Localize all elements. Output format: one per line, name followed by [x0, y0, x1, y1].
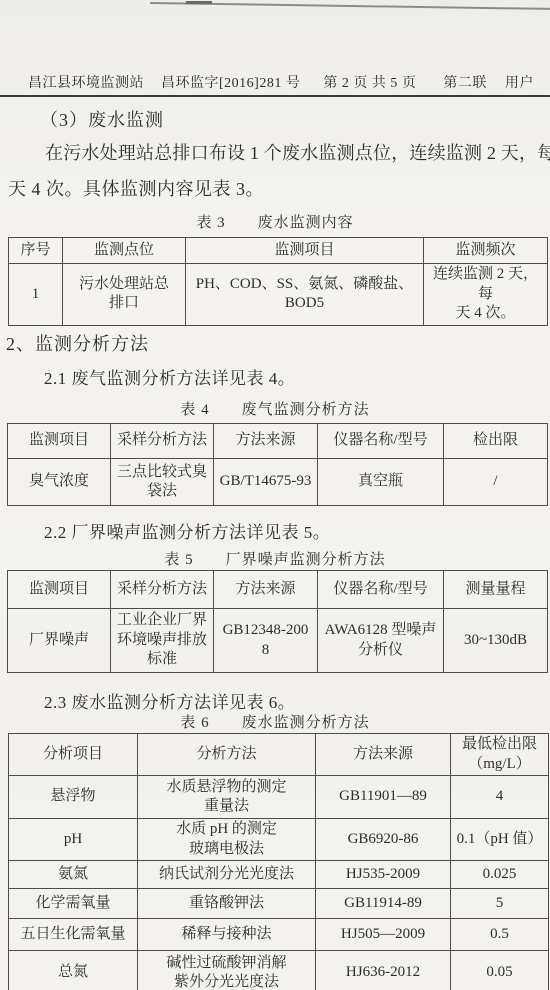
paragraph-line-2: 天 4 次。具体监测内容见表 3。 — [8, 175, 264, 201]
table-cell: pH — [9, 819, 138, 861]
table-cell: 纳氏试剂分光光度法 — [138, 861, 316, 889]
table-header-row: 分析项目 分析方法 方法来源 最低检出限 （mg/L） — [9, 734, 549, 776]
table-cell: 重铬酸钾法 — [138, 889, 316, 919]
page-header: 昌江县环境监测站 昌环监字[2016]281 号 第 2 页 共 5 页 第二联… — [28, 72, 544, 92]
header-copy-label: 第二联 — [443, 72, 487, 92]
subheading-2-2: 2.2 厂界噪声监测分析方法详见表 5。 — [44, 518, 330, 543]
table-header-row: 监测项目 采样分析方法 方法来源 仪器名称/型号 检出限 — [8, 424, 548, 459]
scanned-document-page: 昌江县环境监测站 昌环监字[2016]281 号 第 2 页 共 5 页 第二联… — [0, 0, 550, 990]
table-cell: 碱性过硫酸钾消解 紫外分光光度法 — [138, 951, 316, 990]
column-header: 监测点位 — [63, 238, 186, 264]
table-cell: GB11901—89 — [316, 776, 451, 819]
table-cell: 真空瓶 — [318, 459, 444, 506]
column-header: 测量量程 — [444, 571, 548, 609]
table-header-row: 监测项目 采样分析方法 方法来源 仪器名称/型号 测量量程 — [8, 571, 548, 609]
table-cell: 0.5 — [451, 919, 549, 951]
table-cell: 五日生化需氧量 — [9, 919, 138, 951]
column-header: 检出限 — [444, 424, 548, 459]
table-cell: 水质 pH 的测定 玻璃电极法 — [138, 819, 316, 861]
table-cell: PH、COD、SS、氨氮、磷酸盐、 BOD5 — [186, 264, 424, 326]
table-cell: / — [444, 459, 548, 506]
table5-caption: 表 5 厂界噪声监测分析方法 — [0, 548, 550, 569]
column-header: 方法来源 — [214, 571, 318, 609]
header-doc-number: 昌环监字[2016]281 号 — [161, 72, 300, 92]
table-row: 厂界噪声 工业企业厂界 环境噪声排放 标准 GB12348-200 8 AWA6… — [8, 609, 548, 673]
table-cell: 5 — [451, 889, 549, 919]
table-row: 悬浮物 水质悬浮物的测定 重量法 GB11901—89 4 — [9, 776, 549, 819]
table-cell: 悬浮物 — [9, 776, 138, 819]
column-header: 采样分析方法 — [111, 571, 214, 609]
table-cell: AWA6128 型噪声 分析仪 — [318, 609, 444, 673]
table-cell: 污水处理站总 排口 — [63, 264, 186, 326]
table-cell: HJ535-2009 — [316, 861, 451, 889]
scan-artifact-mark — [186, 1, 212, 4]
paragraph-line-1: 在污水处理站总排口布设 1 个废水监测点位，连续监测 2 天，每 — [45, 139, 547, 165]
table-cell: 4 — [451, 776, 549, 819]
table-cell: 总氮 — [9, 951, 138, 990]
table6-caption: 表 6 废水监测分析方法 — [0, 711, 550, 732]
table-row: 氨氮 纳氏试剂分光光度法 HJ535-2009 0.025 — [9, 861, 549, 889]
header-page-info: 第 2 页 共 5 页 — [323, 72, 416, 92]
table-cell: GB6920-86 — [316, 819, 451, 861]
table-cell: 臭气浓度 — [8, 459, 111, 506]
table-header-row: 序号 监测点位 监测项目 监测频次 — [9, 238, 548, 264]
table-row: 总氮 碱性过硫酸钾消解 紫外分光光度法 HJ636-2012 0.05 — [9, 951, 549, 990]
column-header: 仪器名称/型号 — [318, 424, 444, 459]
table-cell: 工业企业厂界 环境噪声排放 标准 — [111, 609, 214, 673]
table-row: 1 污水处理站总 排口 PH、COD、SS、氨氮、磷酸盐、 BOD5 连续监测 … — [9, 264, 548, 326]
table-cell: GB12348-200 8 — [214, 609, 318, 673]
table3-wastewater-content: 序号 监测点位 监测项目 监测频次 1 污水处理站总 排口 PH、COD、SS、… — [8, 237, 548, 326]
subheading-2-3: 2.3 废水监测分析方法详见表 6。 — [44, 688, 295, 713]
column-header: 采样分析方法 — [111, 424, 214, 459]
header-user-label: 用户 — [505, 72, 534, 92]
heading-analysis-methods: 2、监测分析方法 — [6, 330, 149, 356]
table-row: pH 水质 pH 的测定 玻璃电极法 GB6920-86 0.1（pH 值） — [9, 819, 549, 861]
header-station-name: 昌江县环境监测站 — [28, 72, 144, 92]
table-row: 臭气浓度 三点比较式臭 袋法 GB/T14675-93 真空瓶 / — [8, 459, 548, 506]
table-cell: 1 — [9, 264, 63, 326]
table3-caption: 表 3 废水监测内容 — [0, 211, 550, 232]
column-header: 仪器名称/型号 — [318, 571, 444, 609]
table-cell: 30~130dB — [444, 609, 548, 673]
table-cell: 氨氮 — [9, 861, 138, 889]
table-cell: 三点比较式臭 袋法 — [111, 459, 214, 506]
column-header: 监测项目 — [186, 238, 424, 264]
table4-exhaust-gas-methods: 监测项目 采样分析方法 方法来源 仪器名称/型号 检出限 臭气浓度 三点比较式臭… — [7, 423, 548, 506]
column-header: 分析项目 — [9, 734, 138, 776]
column-header: 监测项目 — [8, 424, 111, 459]
heading-wastewater-monitoring: （3）废水监测 — [40, 106, 164, 132]
table5-boundary-noise-methods: 监测项目 采样分析方法 方法来源 仪器名称/型号 测量量程 厂界噪声 工业企业厂… — [7, 570, 548, 673]
table-cell: HJ505—2009 — [316, 919, 451, 951]
column-header: 方法来源 — [316, 734, 451, 776]
table-row: 五日生化需氧量 稀释与接种法 HJ505—2009 0.5 — [9, 919, 549, 951]
column-header: 监测项目 — [8, 571, 111, 609]
table-cell: 厂界噪声 — [8, 609, 111, 673]
table-cell: 0.05 — [451, 951, 549, 990]
table-cell: 水质悬浮物的测定 重量法 — [138, 776, 316, 819]
table6-wastewater-methods: 分析项目 分析方法 方法来源 最低检出限 （mg/L） 悬浮物 水质悬浮物的测定… — [8, 733, 549, 990]
column-header: 方法来源 — [214, 424, 318, 459]
table-cell: GB/T14675-93 — [214, 459, 318, 506]
column-header: 监测频次 — [424, 238, 548, 264]
column-header: 最低检出限 （mg/L） — [451, 734, 549, 776]
column-header: 序号 — [9, 238, 63, 264]
table-cell: 0.025 — [451, 861, 549, 889]
column-header: 分析方法 — [138, 734, 316, 776]
table-cell: GB11914-89 — [316, 889, 451, 919]
table4-caption: 表 4 废气监测分析方法 — [0, 398, 550, 419]
table-cell: 连续监测 2 天，每 天 4 次。 — [424, 264, 548, 326]
table-row: 化学需氧量 重铬酸钾法 GB11914-89 5 — [9, 889, 549, 919]
table-cell: HJ636-2012 — [316, 951, 451, 990]
table-cell: 稀释与接种法 — [138, 919, 316, 951]
table-cell: 化学需氧量 — [9, 889, 138, 919]
header-underline — [0, 95, 550, 97]
table-cell: 0.1（pH 值） — [451, 819, 549, 861]
subheading-2-1: 2.1 废气监测分析方法详见表 4。 — [44, 364, 295, 389]
